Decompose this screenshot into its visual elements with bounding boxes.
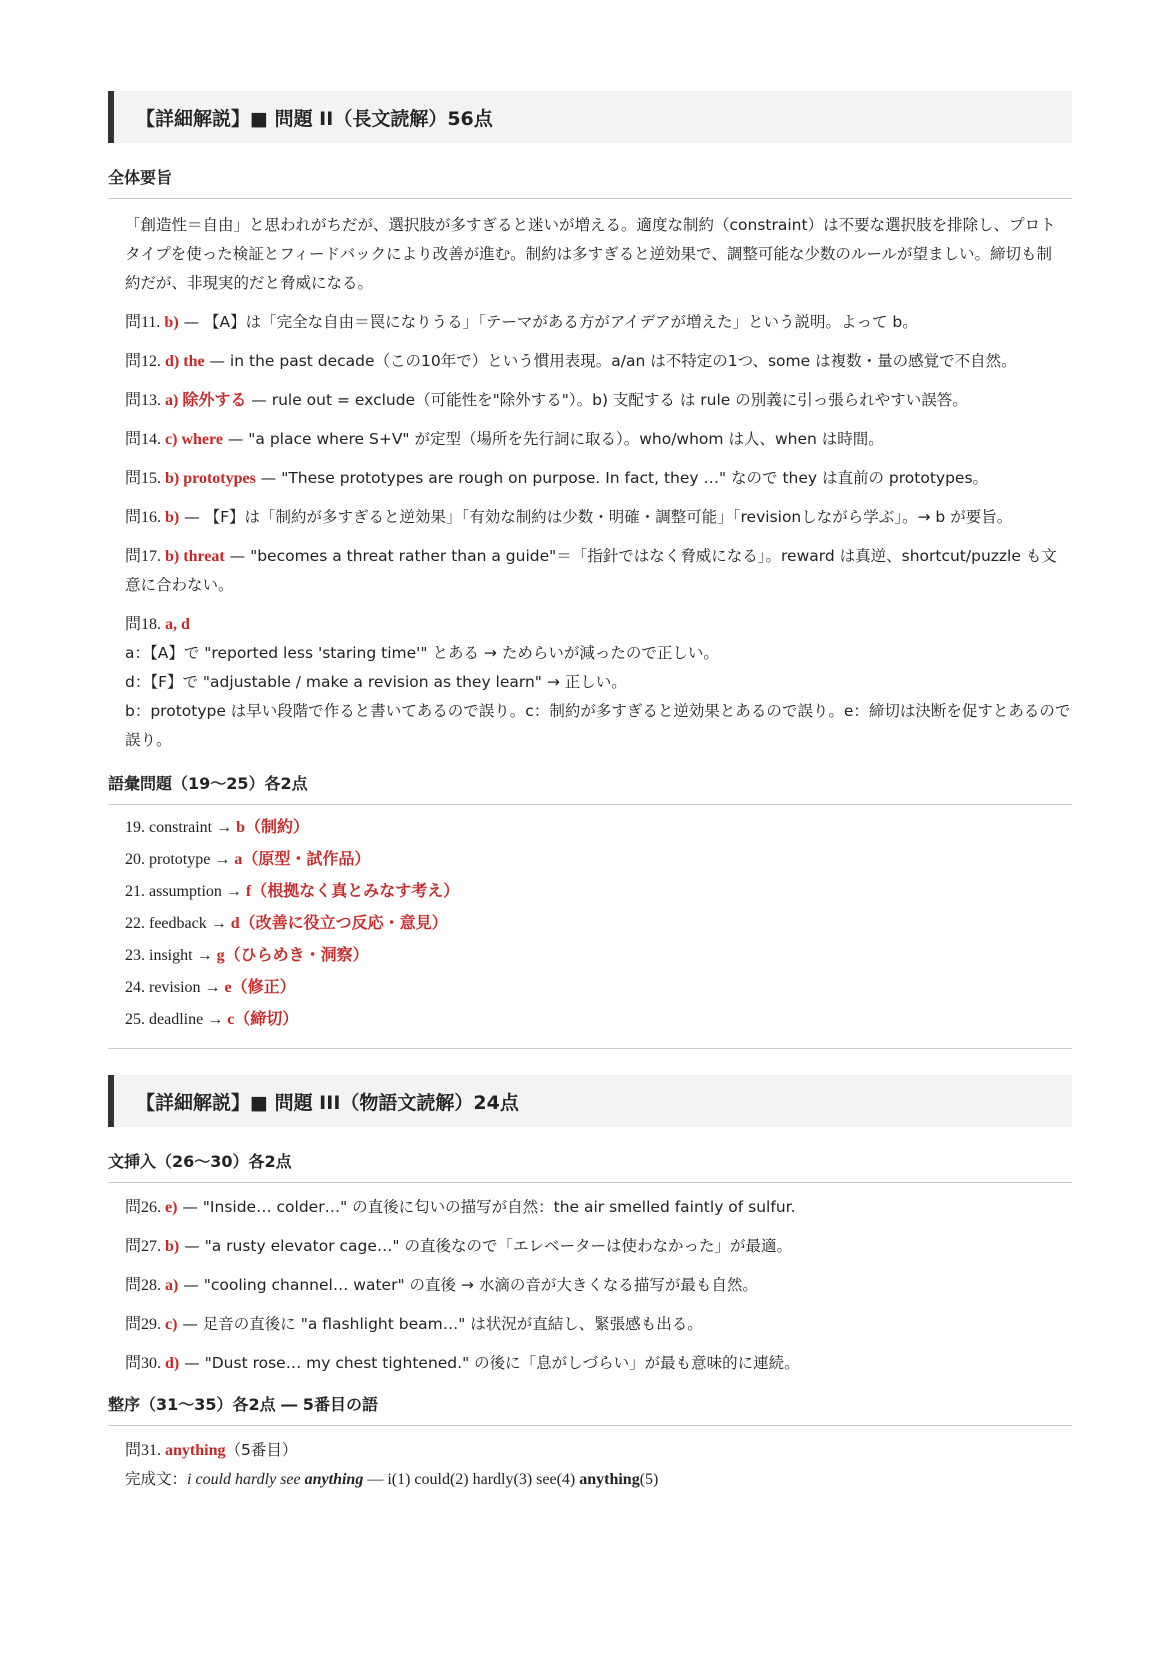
answer: b) prototypes [165,470,256,487]
question-item: 問13. a) 除外する — rule out = exclude（可能性を"除… [125,386,1072,415]
question-item: 問27. b) — "a rusty elevator cage…" の直後なの… [125,1232,1072,1261]
section-heading-mondai-2: 【詳細解説】■ 問題 II（長文読解）56点 [108,91,1072,143]
question-number: 問11. [125,314,160,331]
question-item: 問14. c) where — "a place where S+V" が定型（… [125,425,1072,454]
q18-reason-wrong: b：prototype は早い段階で作ると書いてあるので誤り。c：制約が多すぎる… [125,697,1072,755]
explanation: — "a rusty elevator cage…" の直後なので「エレベーター… [179,1237,792,1255]
explanation: — "Inside… colder…" の直後に匂いの描写が自然：the air… [177,1198,795,1216]
summary-heading: 全体要旨 [108,165,1072,199]
question-list: 問11. b) — 【A】は「完全な自由＝罠になりうる」「テーマがある方がアイデ… [108,308,1072,755]
question-item-31: 問31. anything（5番目） [125,1436,1072,1465]
order-list: 問31. anything（5番目） 完成文：i could hardly se… [108,1436,1072,1494]
explanation: — in the past decade（この10年で）という慣用表現。a/an… [205,352,1017,370]
explanation: — "These prototypes are rough on purpose… [256,469,988,487]
explanation: — "a place where S+V" が定型（場所を先行詞に取る）。who… [223,430,884,448]
explanation: — 【F】は「制約が多すぎると逆効果」「有効な制約は少数・明確・調整可能」「re… [179,508,1012,526]
order-heading: 整序（31〜35）各2点 ― 5番目の語 [108,1392,1072,1426]
question-number: 問16. [125,509,161,526]
explanation: — 【A】は「完全な自由＝罠になりうる」「テーマがある方がアイデアが増えた」とい… [179,313,918,331]
section-heading-mondai-3: 【詳細解説】■ 問題 III（物語文読解）24点 [108,1075,1072,1127]
question-number: 問13. [125,392,161,409]
answer: a（原型・試作品） [234,851,370,868]
answer: b) [165,509,179,526]
divider [108,1048,1072,1049]
question-item: 問16. b) — 【F】は「制約が多すぎると逆効果」「有効な制約は少数・明確・… [125,503,1072,532]
summary-text: 「創造性＝自由」と思われがちだが、選択肢が多すぎると迷いが増える。適度な制約（c… [108,211,1072,298]
explanation: — rule out = exclude（可能性を"除外する"）。b) 支配する… [246,391,967,409]
document: 【詳細解説】■ 問題 II（長文読解）56点 全体要旨 「創造性＝自由」と思われ… [108,91,1072,1494]
answer: b) threat [165,548,225,565]
answer: a) 除外する [165,392,246,409]
insert-heading: 文挿入（26〜30）各2点 [108,1149,1072,1183]
explanation: — "Dust rose… my chest tightened." の後に「息… [179,1354,799,1372]
explanation: — "cooling channel… water" の直後 → 水滴の音が大き… [178,1276,758,1294]
question-item: 問11. b) — 【A】は「完全な自由＝罠になりうる」「テーマがある方がアイデ… [125,308,1072,337]
question-number: 問17. [125,548,161,565]
answer: g（ひらめき・洞察） [217,947,369,964]
insert-list: 問26. e) — "Inside… colder…" の直後に匂いの描写が自然… [108,1193,1072,1378]
question-item: 問29. c) — 足音の直後に "a flashlight beam…" は状… [125,1310,1072,1339]
answer: d（改善に役立つ反応・意見） [231,915,448,932]
vocab-item: 25. deadline → c（締切） [125,1005,1072,1034]
answer: anything [165,1442,225,1459]
question-item: 問12. d) the — in the past decade（この10年で）… [125,347,1072,376]
question-number: 問18. [125,616,161,633]
vocab-item: 24. revision → e（修正） [125,973,1072,1002]
vocab-heading: 語彙問題（19〜25）各2点 [108,771,1072,805]
question-item: 問28. a) — "cooling channel… water" の直後 →… [125,1271,1072,1300]
answer: e（修正） [225,979,296,996]
question-number: 問12. [125,353,161,370]
explanation: — 足音の直後に "a flashlight beam…" は状況が直結し、緊張… [177,1315,702,1333]
answer: e) [165,1199,177,1216]
vocab-item: 21. assumption → f（根拠なく真とみなす考え） [125,877,1072,906]
full-sentence: 完成文：i could hardly see anything — i(1) c… [125,1465,1072,1494]
question-item: 問26. e) — "Inside… colder…" の直後に匂いの描写が自然… [125,1193,1072,1222]
answer: d) the [165,353,205,370]
vocab-list: 19. constraint → b（制約） 20. prototype → a… [108,813,1072,1034]
answer: f（根拠なく真とみなす考え） [246,883,459,900]
answer: c) [165,1316,177,1333]
answer: b) [165,1238,179,1255]
question-item-18: 問18. a, d [125,610,1072,639]
answer: c（締切） [227,1011,298,1028]
section-title: 【詳細解説】■ 問題 III（物語文読解）24点 [136,1088,519,1115]
vocab-item: 20. prototype → a（原型・試作品） [125,845,1072,874]
answer: b) [164,314,178,331]
question-item: 問30. d) — "Dust rose… my chest tightened… [125,1349,1072,1378]
explanation: — "becomes a threat rather than a guide"… [125,547,1057,594]
answer: d) [165,1355,179,1372]
vocab-item: 22. feedback → d（改善に役立つ反応・意見） [125,909,1072,938]
answer: b（制約） [236,819,309,836]
question-item: 問15. b) prototypes — "These prototypes a… [125,464,1072,493]
vocab-item: 19. constraint → b（制約） [125,813,1072,842]
q18-reason-d: d：【F】で "adjustable / make a revision as … [125,668,1072,697]
answer: c) where [165,431,223,448]
question-item: 問17. b) threat — "becomes a threat rathe… [125,542,1072,600]
section-title: 【詳細解説】■ 問題 II（長文読解）56点 [136,104,493,131]
answer: a, d [165,616,190,633]
answer: a) [165,1277,178,1294]
vocab-item: 23. insight → g（ひらめき・洞察） [125,941,1072,970]
q18-reason-a: a：【A】で "reported less 'staring time'" とあ… [125,639,1072,668]
question-number: 問15. [125,470,161,487]
question-number: 問14. [125,431,161,448]
